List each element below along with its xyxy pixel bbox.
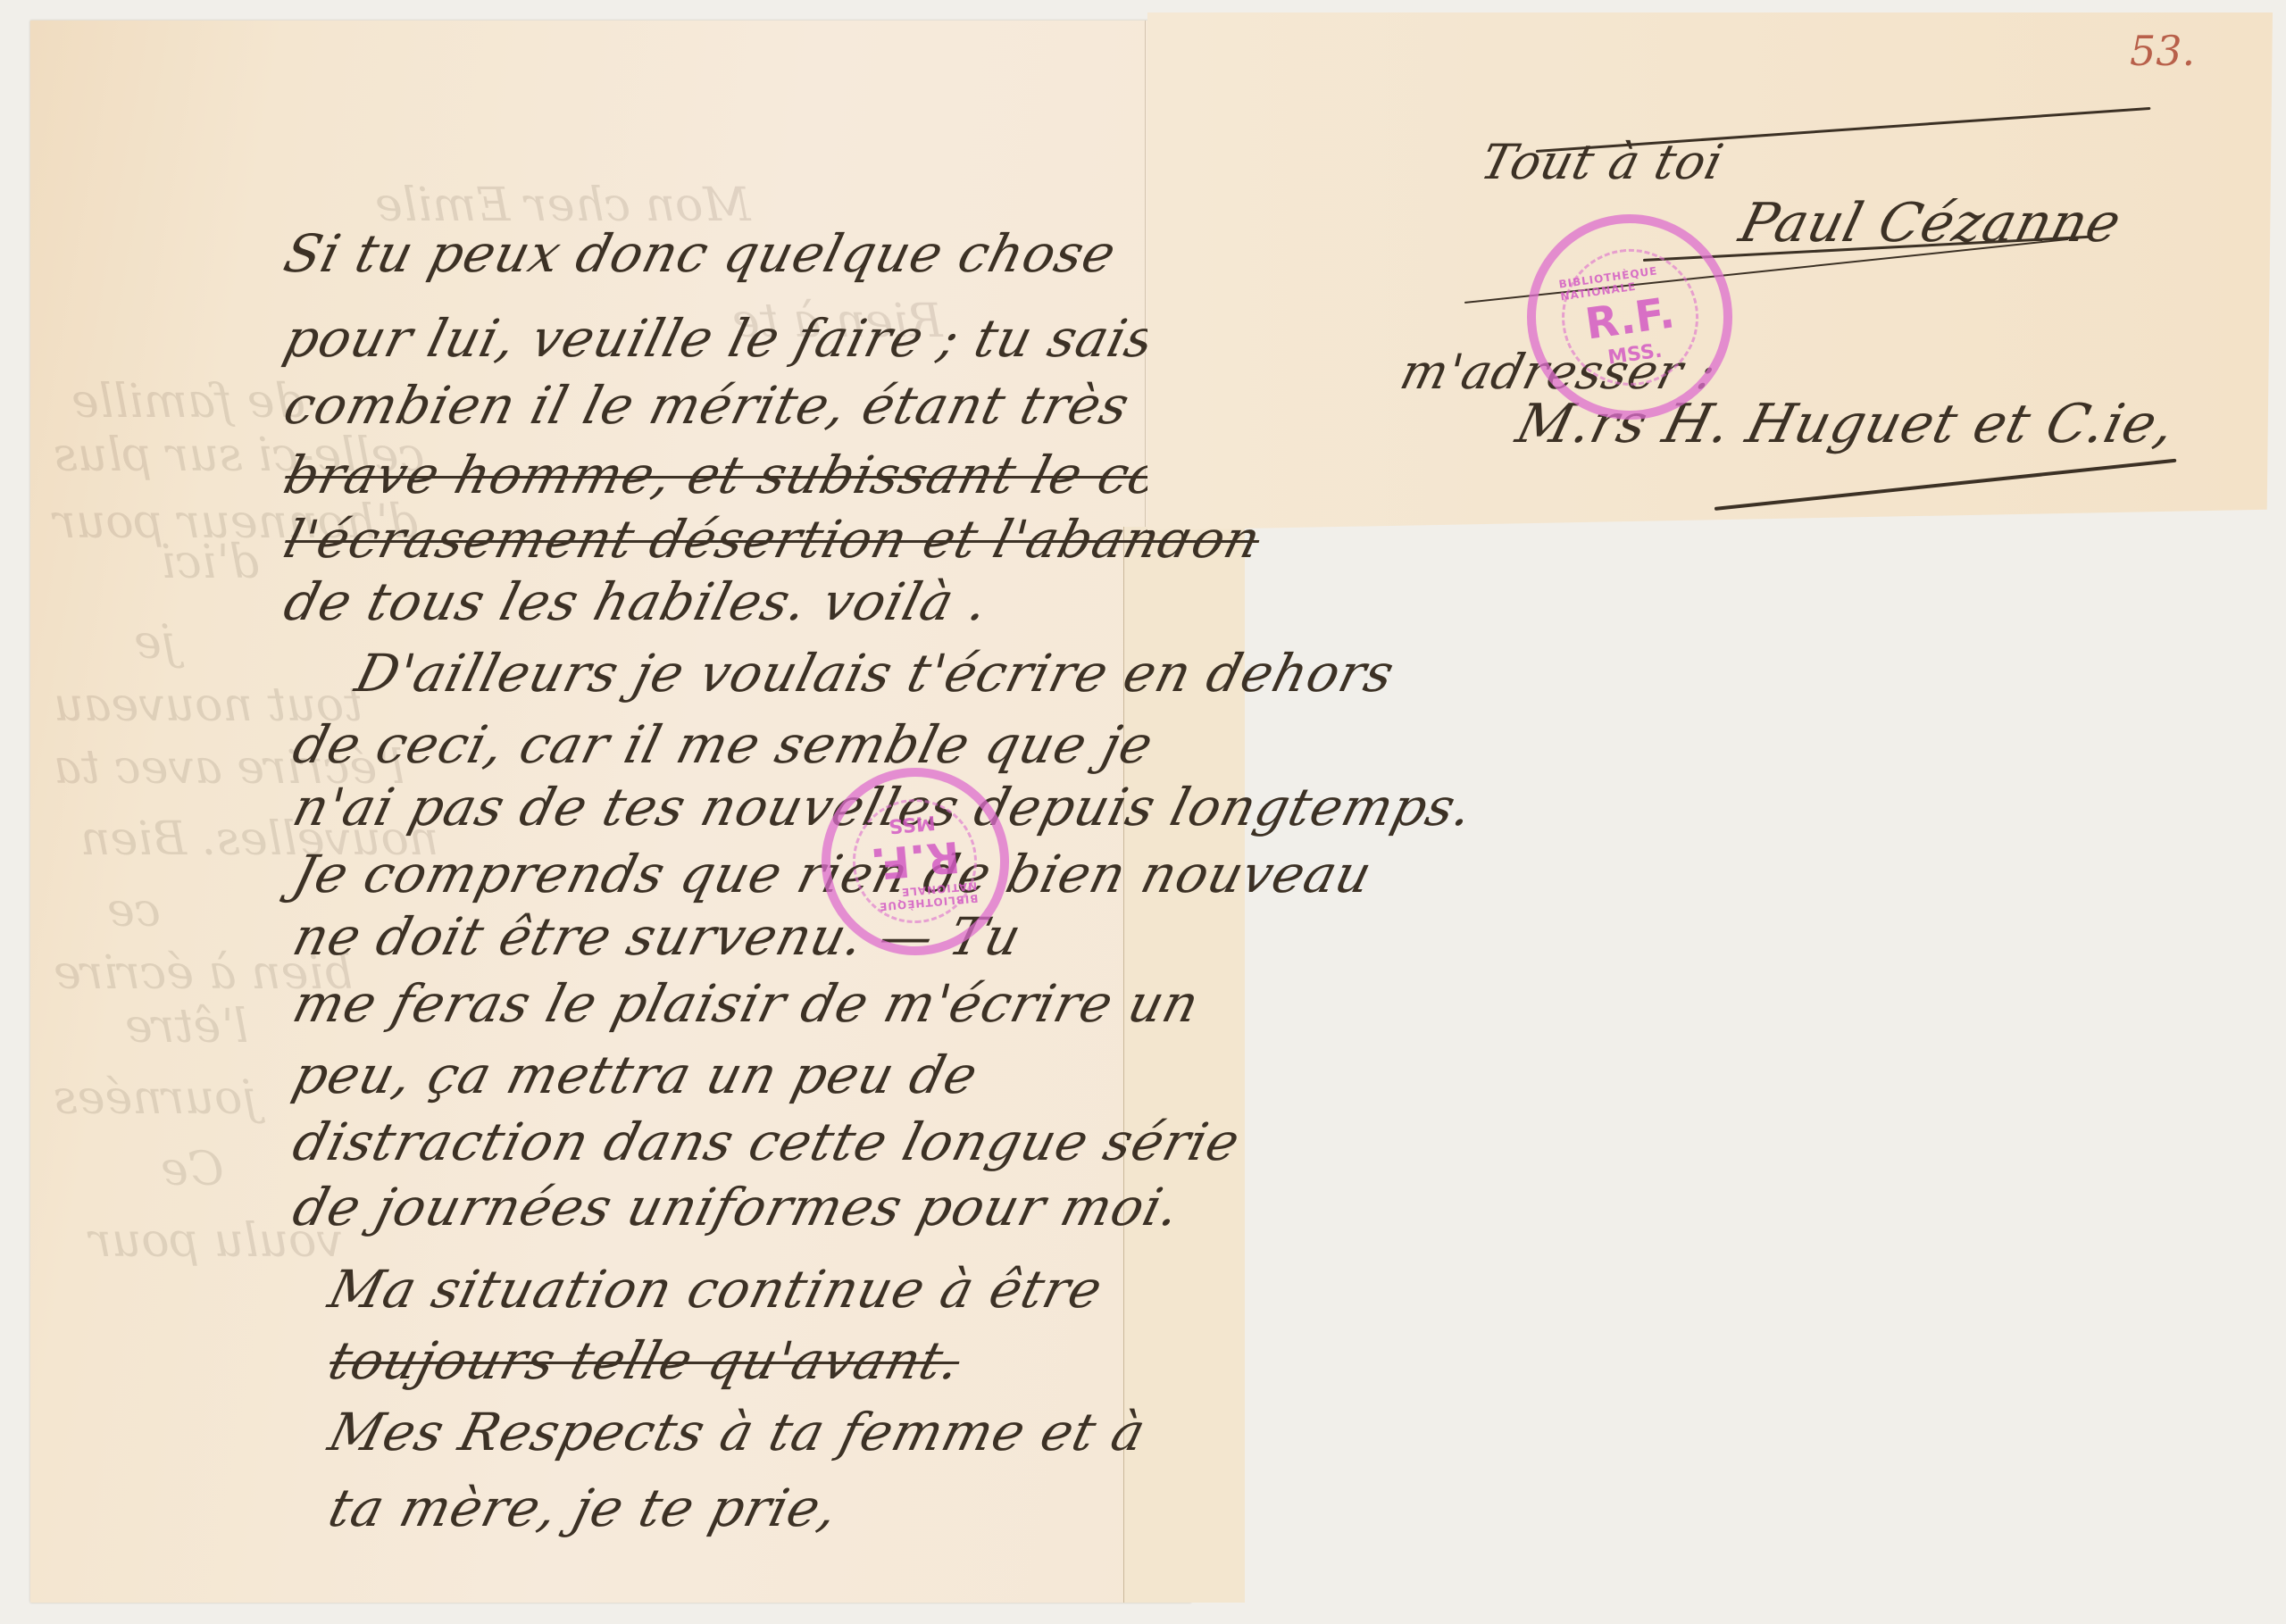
letter-line: Si tu peux donc quelque chose [279,223,1123,284]
letter-line: distraction dans cette longue série [288,1112,1247,1172]
stamp-bottom-text: MSS [888,811,937,837]
folio-number: 53. [2130,27,2195,75]
bleed-through-line: d'ici [161,536,259,589]
letter-line: combien il le mérite, étant très [279,375,1137,436]
letter-line: Mes Respects à ta femme et à [323,1402,1153,1462]
letter-line: ta mère, je te prie, [323,1478,846,1538]
stamp-inner-ring: BIBLIOTHÈQUE NATIONALE R.F. MSS [848,795,983,929]
letter-line: toujours telle qu'avant. [323,1330,968,1391]
letter-line: brave homme, et subissant le coup [279,445,1238,505]
bleed-through-line: je [134,616,176,670]
stamp-inner-ring: BIBLIOTHÈQUE NATIONALE R.F. MSS. [1553,240,1707,395]
letter-line: D'ailleurs je voulais t'écrire en dehors [350,643,1401,704]
bleed-through-line: de famille [71,375,305,429]
letter-line: me feras le plaisir de m'écrire un [288,973,1206,1034]
bleed-through-line: l'être [125,1000,248,1054]
letter-line: pour lui, veuille le faire ; tu sais [279,308,1162,369]
letter-line: de tous les habiles. voilà . [279,571,996,632]
letter-line: de journées uniformes pour moi. [288,1177,1187,1237]
closing-line: Tout à toi [1475,134,1730,190]
letter-line: Ma situation continue à être [323,1259,1109,1320]
letter-line: de ceci, car il me semble que je [288,714,1160,775]
letter-line: l'écrasement désertion et l'abandon [279,509,1268,570]
bleed-through-line: Ce [161,1143,224,1196]
letter-line: peu, ça mettra un peu de [288,1045,985,1105]
bleed-through-line: ce [107,884,161,937]
stamp-center-text: R.F. [869,831,963,889]
bleed-through-line: journées [54,1071,257,1125]
